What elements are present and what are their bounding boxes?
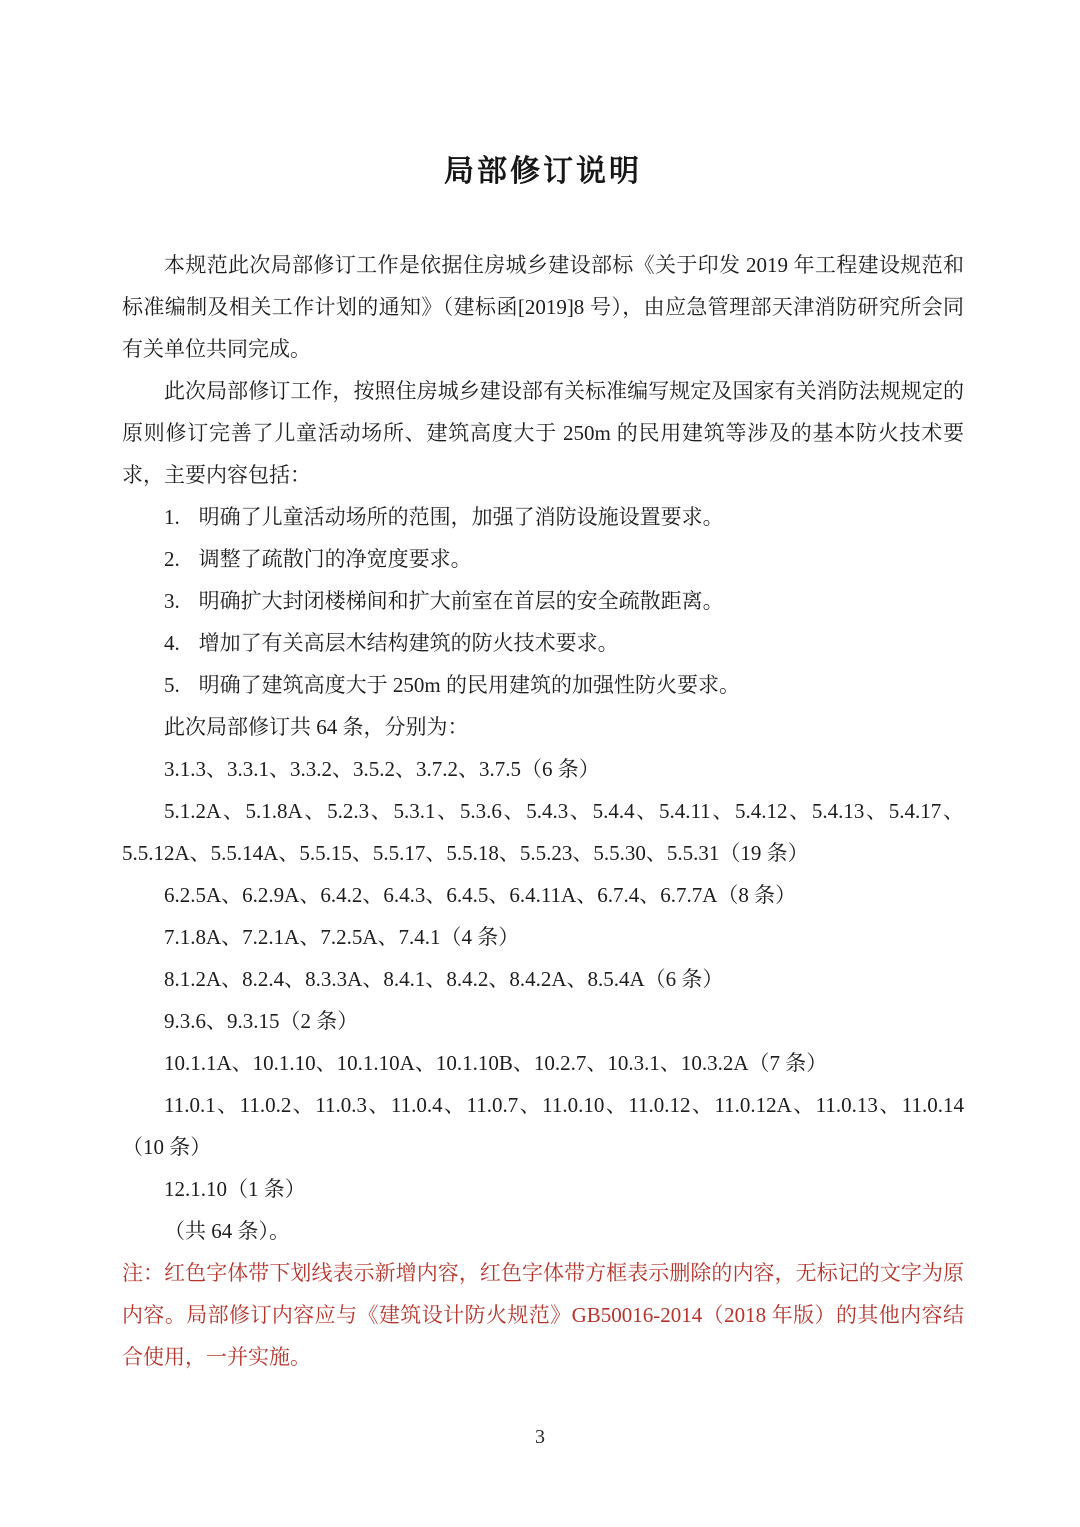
list-item-number: 1. <box>164 505 180 529</box>
revision-line-4: 7.1.8A、7.2.1A、7.2.5A、7.4.1（4 条） <box>122 916 964 958</box>
list-item-text: 明确了建筑高度大于 250m 的民用建筑的加强性防火要求。 <box>199 673 740 697</box>
list-item-number: 4. <box>164 631 180 655</box>
intro-paragraph-1: 本规范此次局部修订工作是依据住房城乡建设部标《关于印发 2019 年工程建设规范… <box>122 244 964 370</box>
revision-line-3: 6.2.5A、6.2.9A、6.4.2、6.4.3、6.4.5、6.4.11A、… <box>122 874 964 916</box>
list-item-text: 调整了疏散门的净宽度要求。 <box>199 547 472 571</box>
revision-note: 注：红色字体带下划线表示新增内容，红色字体带方框表示删除的内容，无标记的文字为原… <box>122 1252 964 1378</box>
list-item-5: 5.明确了建筑高度大于 250m 的民用建筑的加强性防火要求。 <box>122 664 964 706</box>
revision-line-1: 3.1.3、3.3.1、3.3.2、3.5.2、3.7.2、3.7.5（6 条） <box>122 748 964 790</box>
list-item-3: 3.明确扩大封闭楼梯间和扩大前室在首层的安全疏散距离。 <box>122 580 964 622</box>
revision-line-7: 10.1.1A、10.1.10、10.1.10A、10.1.10B、10.2.7… <box>122 1042 964 1084</box>
list-item-2: 2.调整了疏散门的净宽度要求。 <box>122 538 964 580</box>
document-page: 局部修订说明 本规范此次局部修订工作是依据住房城乡建设部标《关于印发 2019 … <box>0 0 1080 1527</box>
revision-line-8: 11.0.1、11.0.2、11.0.3、11.0.4、11.0.7、11.0.… <box>122 1084 964 1168</box>
page-title: 局部修订说明 <box>122 146 964 190</box>
revision-line-2: 5.1.2A、5.1.8A、5.2.3、5.3.1、5.3.6、5.4.3、5.… <box>122 790 964 874</box>
list-item-number: 5. <box>164 673 180 697</box>
page-number: 3 <box>0 1426 1080 1449</box>
revision-line-6: 9.3.6、9.3.15（2 条） <box>122 1000 964 1042</box>
list-item-number: 3. <box>164 589 180 613</box>
revision-line-5: 8.1.2A、8.2.4、8.3.3A、8.4.1、8.4.2、8.4.2A、8… <box>122 958 964 1000</box>
list-item-text: 明确扩大封闭楼梯间和扩大前室在首层的安全疏散距离。 <box>199 589 724 613</box>
revision-line-9: 12.1.10（1 条） <box>122 1168 964 1210</box>
intro-paragraph-2: 此次局部修订工作，按照住房城乡建设部有关标准编写规定及国家有关消防法规规定的原则… <box>122 370 964 496</box>
list-item-text: 增加了有关高层木结构建筑的防火技术要求。 <box>199 631 619 655</box>
list-item-text: 明确了儿童活动场所的范围，加强了消防设施设置要求。 <box>199 505 724 529</box>
revision-intro: 此次局部修订共 64 条，分别为： <box>122 706 964 748</box>
document-body: 本规范此次局部修订工作是依据住房城乡建设部标《关于印发 2019 年工程建设规范… <box>122 244 964 1378</box>
list-item-number: 2. <box>164 547 180 571</box>
list-item-1: 1.明确了儿童活动场所的范围，加强了消防设施设置要求。 <box>122 496 964 538</box>
list-item-4: 4.增加了有关高层木结构建筑的防火技术要求。 <box>122 622 964 664</box>
revision-line-10: （共 64 条）。 <box>122 1210 964 1252</box>
